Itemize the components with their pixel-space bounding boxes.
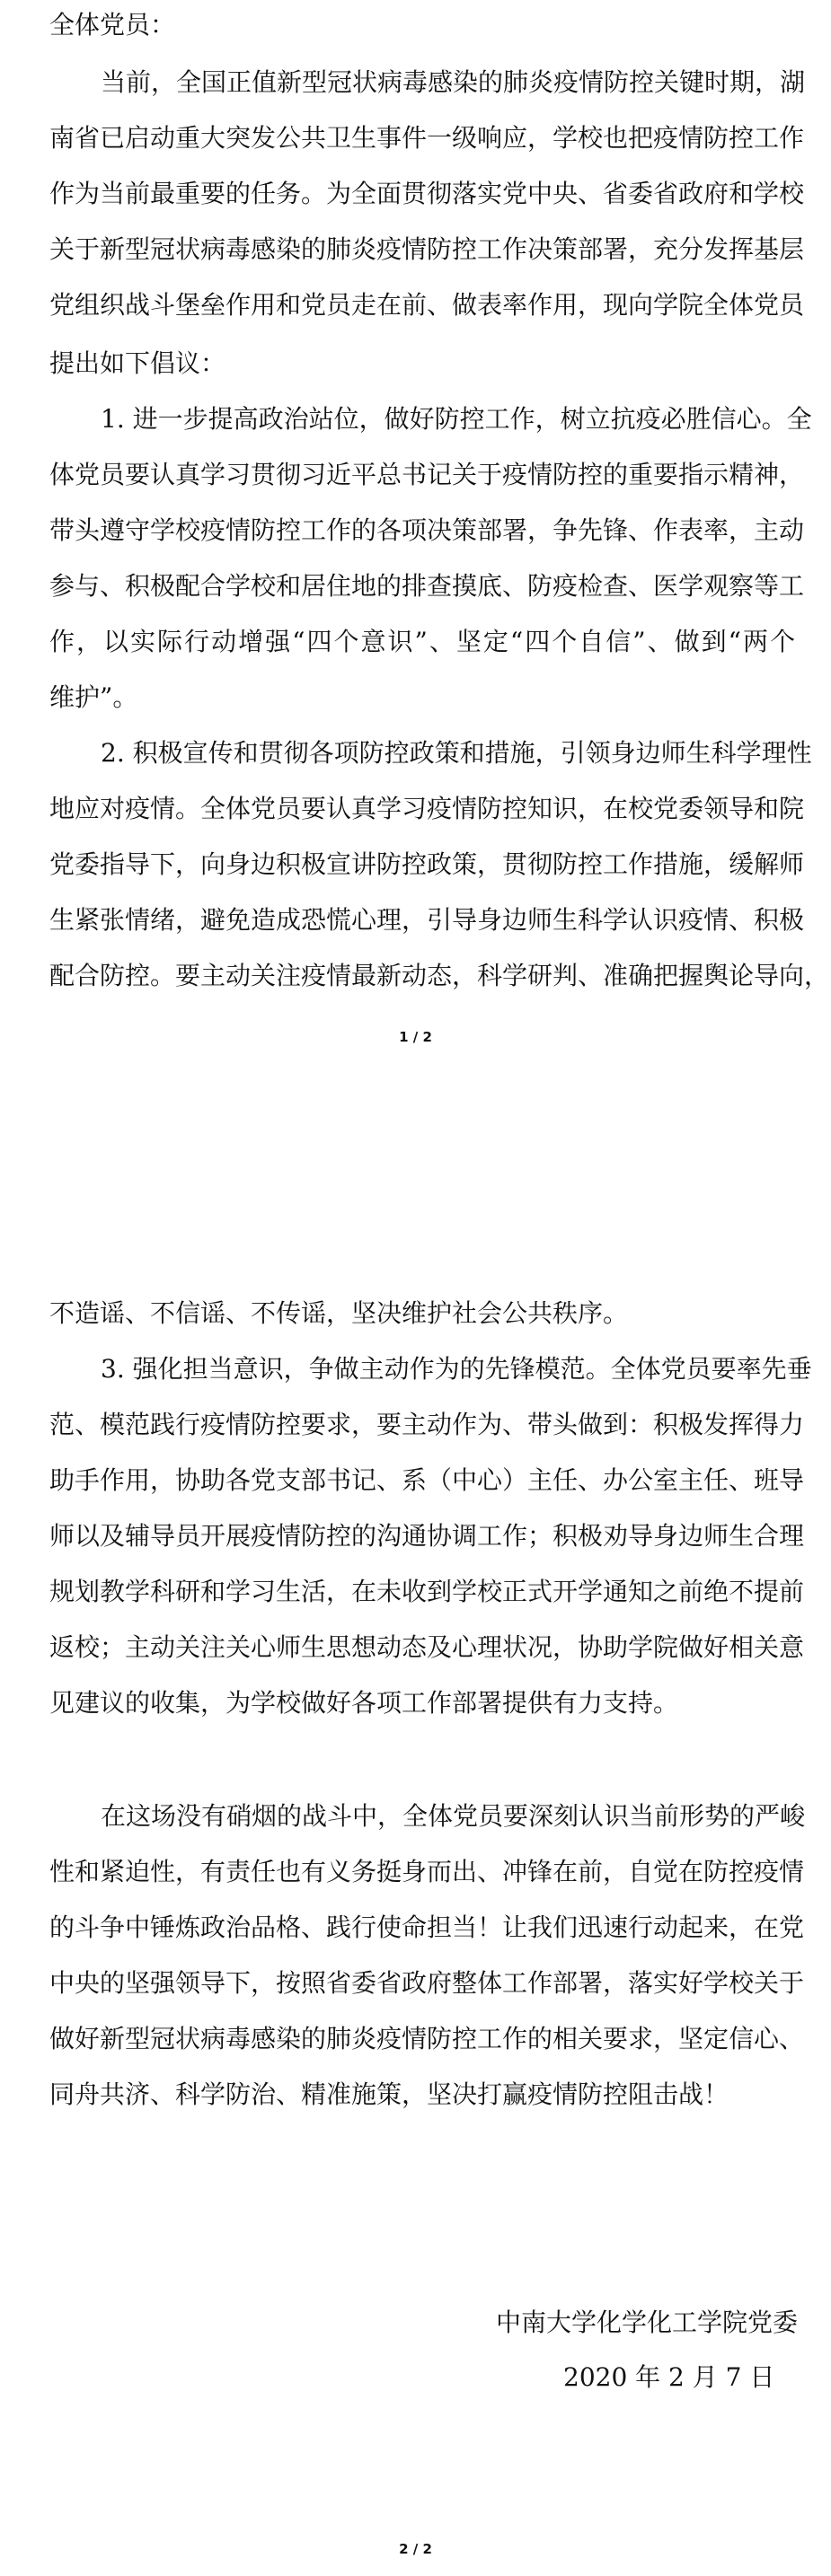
closing-paragraph-line: 的斗争中锤炼政治品格、践行使命担当！让我们迅速行动起来，在党: [49, 1912, 795, 1944]
page-number-2: 2 / 2: [0, 2540, 831, 2558]
intro-paragraph-line: 关于新型冠状病毒感染的肺炎疫情防控工作决策部署，充分发挥基层: [49, 233, 795, 266]
item-2-line: 地应对疫情。全体党员要认真学习疫情防控知识，在校党委领导和院: [49, 793, 795, 825]
item-2-line: 党委指导下，向身边积极宣讲防控政策，贯彻防控工作措施，缓解师: [49, 848, 795, 881]
closing-paragraph-line: 性和紧迫性，有责任也有义务挺身而出、冲锋在前，自觉在防控疫情: [49, 1856, 795, 1888]
item-3-line: 规划教学科研和学习生活，在未收到学校正式开学通知之前绝不提前: [49, 1576, 795, 1608]
signature-organization: 中南大学化学化工学院党委: [496, 2307, 798, 2339]
item-3-line: 范、模范践行疫情防控要求，要主动作为、带头做到：积极发挥得力: [49, 1409, 795, 1441]
intro-paragraph-line: 南省已启动重大突发公共卫生事件一级响应，学校也把疫情防控工作: [49, 122, 795, 154]
item-2-line: 生紧张情绪，避免造成恐慌心理，引导身边师生科学认识疫情、积极: [49, 904, 795, 936]
item-1-line: 体党员要认真学习贯彻习近平总书记关于疫情防控的重要指示精神，: [49, 459, 795, 491]
item-3-line: 助手作用，协助各党支部书记、系（中心）主任、办公室主任、班导: [49, 1464, 795, 1497]
intro-paragraph-line: 作为当前最重要的任务。为全面贯彻落实党中央、省委省政府和学校: [49, 178, 795, 210]
item-1-line: 参与、积极配合学校和居住地的排查摸底、防疫检查、医学观察等工: [49, 570, 795, 602]
item-3-line: 师以及辅导员开展疫情防控的沟通协调工作；积极劝导身边师生合理: [49, 1520, 795, 1552]
signature-date: 2020 年 2 月 7 日: [563, 2361, 774, 2394]
item-1-line: 维护”。: [49, 681, 795, 714]
item-1-line: 作，以实际行动增强“四个意识”、坚定“四个自信”、做到“两个: [49, 626, 795, 658]
salutation: 全体党员：: [49, 9, 795, 41]
closing-paragraph-line: 中央的坚强领导下，按照省委省政府整体工作部署，落实好学校关于: [49, 1967, 795, 2000]
item-2-line: 配合防控。要主动关注疫情最新动态，科学研判、准确把握舆论导向，: [49, 960, 795, 992]
intro-paragraph-line: 党组织战斗堡垒作用和党员走在前、做表率作用，现向学院全体党员: [49, 289, 795, 321]
item-3-line: 3. 强化担当意识，争做主动作为的先锋模范。全体党员要率先垂: [101, 1353, 795, 1385]
intro-paragraph-line: 当前，全国正值新型冠状病毒感染的肺炎疫情防控关键时期，湖: [101, 66, 795, 99]
item-1-line: 带头遵守学校疫情防控工作的各项决策部署，争先锋、作表率，主动: [49, 514, 795, 547]
item-3-line: 见建议的收集，为学校做好各项工作部署提供有力支持。: [49, 1687, 795, 1719]
closing-paragraph-line: 同舟共济、科学防治、精准施策，坚决打赢疫情防控阻击战！: [49, 2079, 795, 2111]
closing-paragraph-line: 做好新型冠状病毒感染的肺炎疫情防控工作的相关要求，坚定信心、: [49, 2023, 795, 2055]
item-1-line: 1. 进一步提高政治站位，做好防控工作，树立抗疫必胜信心。全: [101, 403, 795, 435]
closing-paragraph-line: 在这场没有硝烟的战斗中，全体党员要深刻认识当前形势的严峻: [101, 1800, 795, 1833]
item-2-line: 不造谣、不信谣、不传谣，坚决维护社会公共秩序。: [49, 1297, 795, 1330]
item-3-line: 返校；主动关注关心师生思想动态及心理状况，协助学院做好相关意: [49, 1631, 795, 1664]
page-number-1: 1 / 2: [0, 1028, 831, 1046]
item-2-line: 2. 积极宣传和贯彻各项防控政策和措施，引领身边师生科学理性: [101, 737, 795, 769]
intro-paragraph-line: 提出如下倡议：: [49, 347, 795, 380]
